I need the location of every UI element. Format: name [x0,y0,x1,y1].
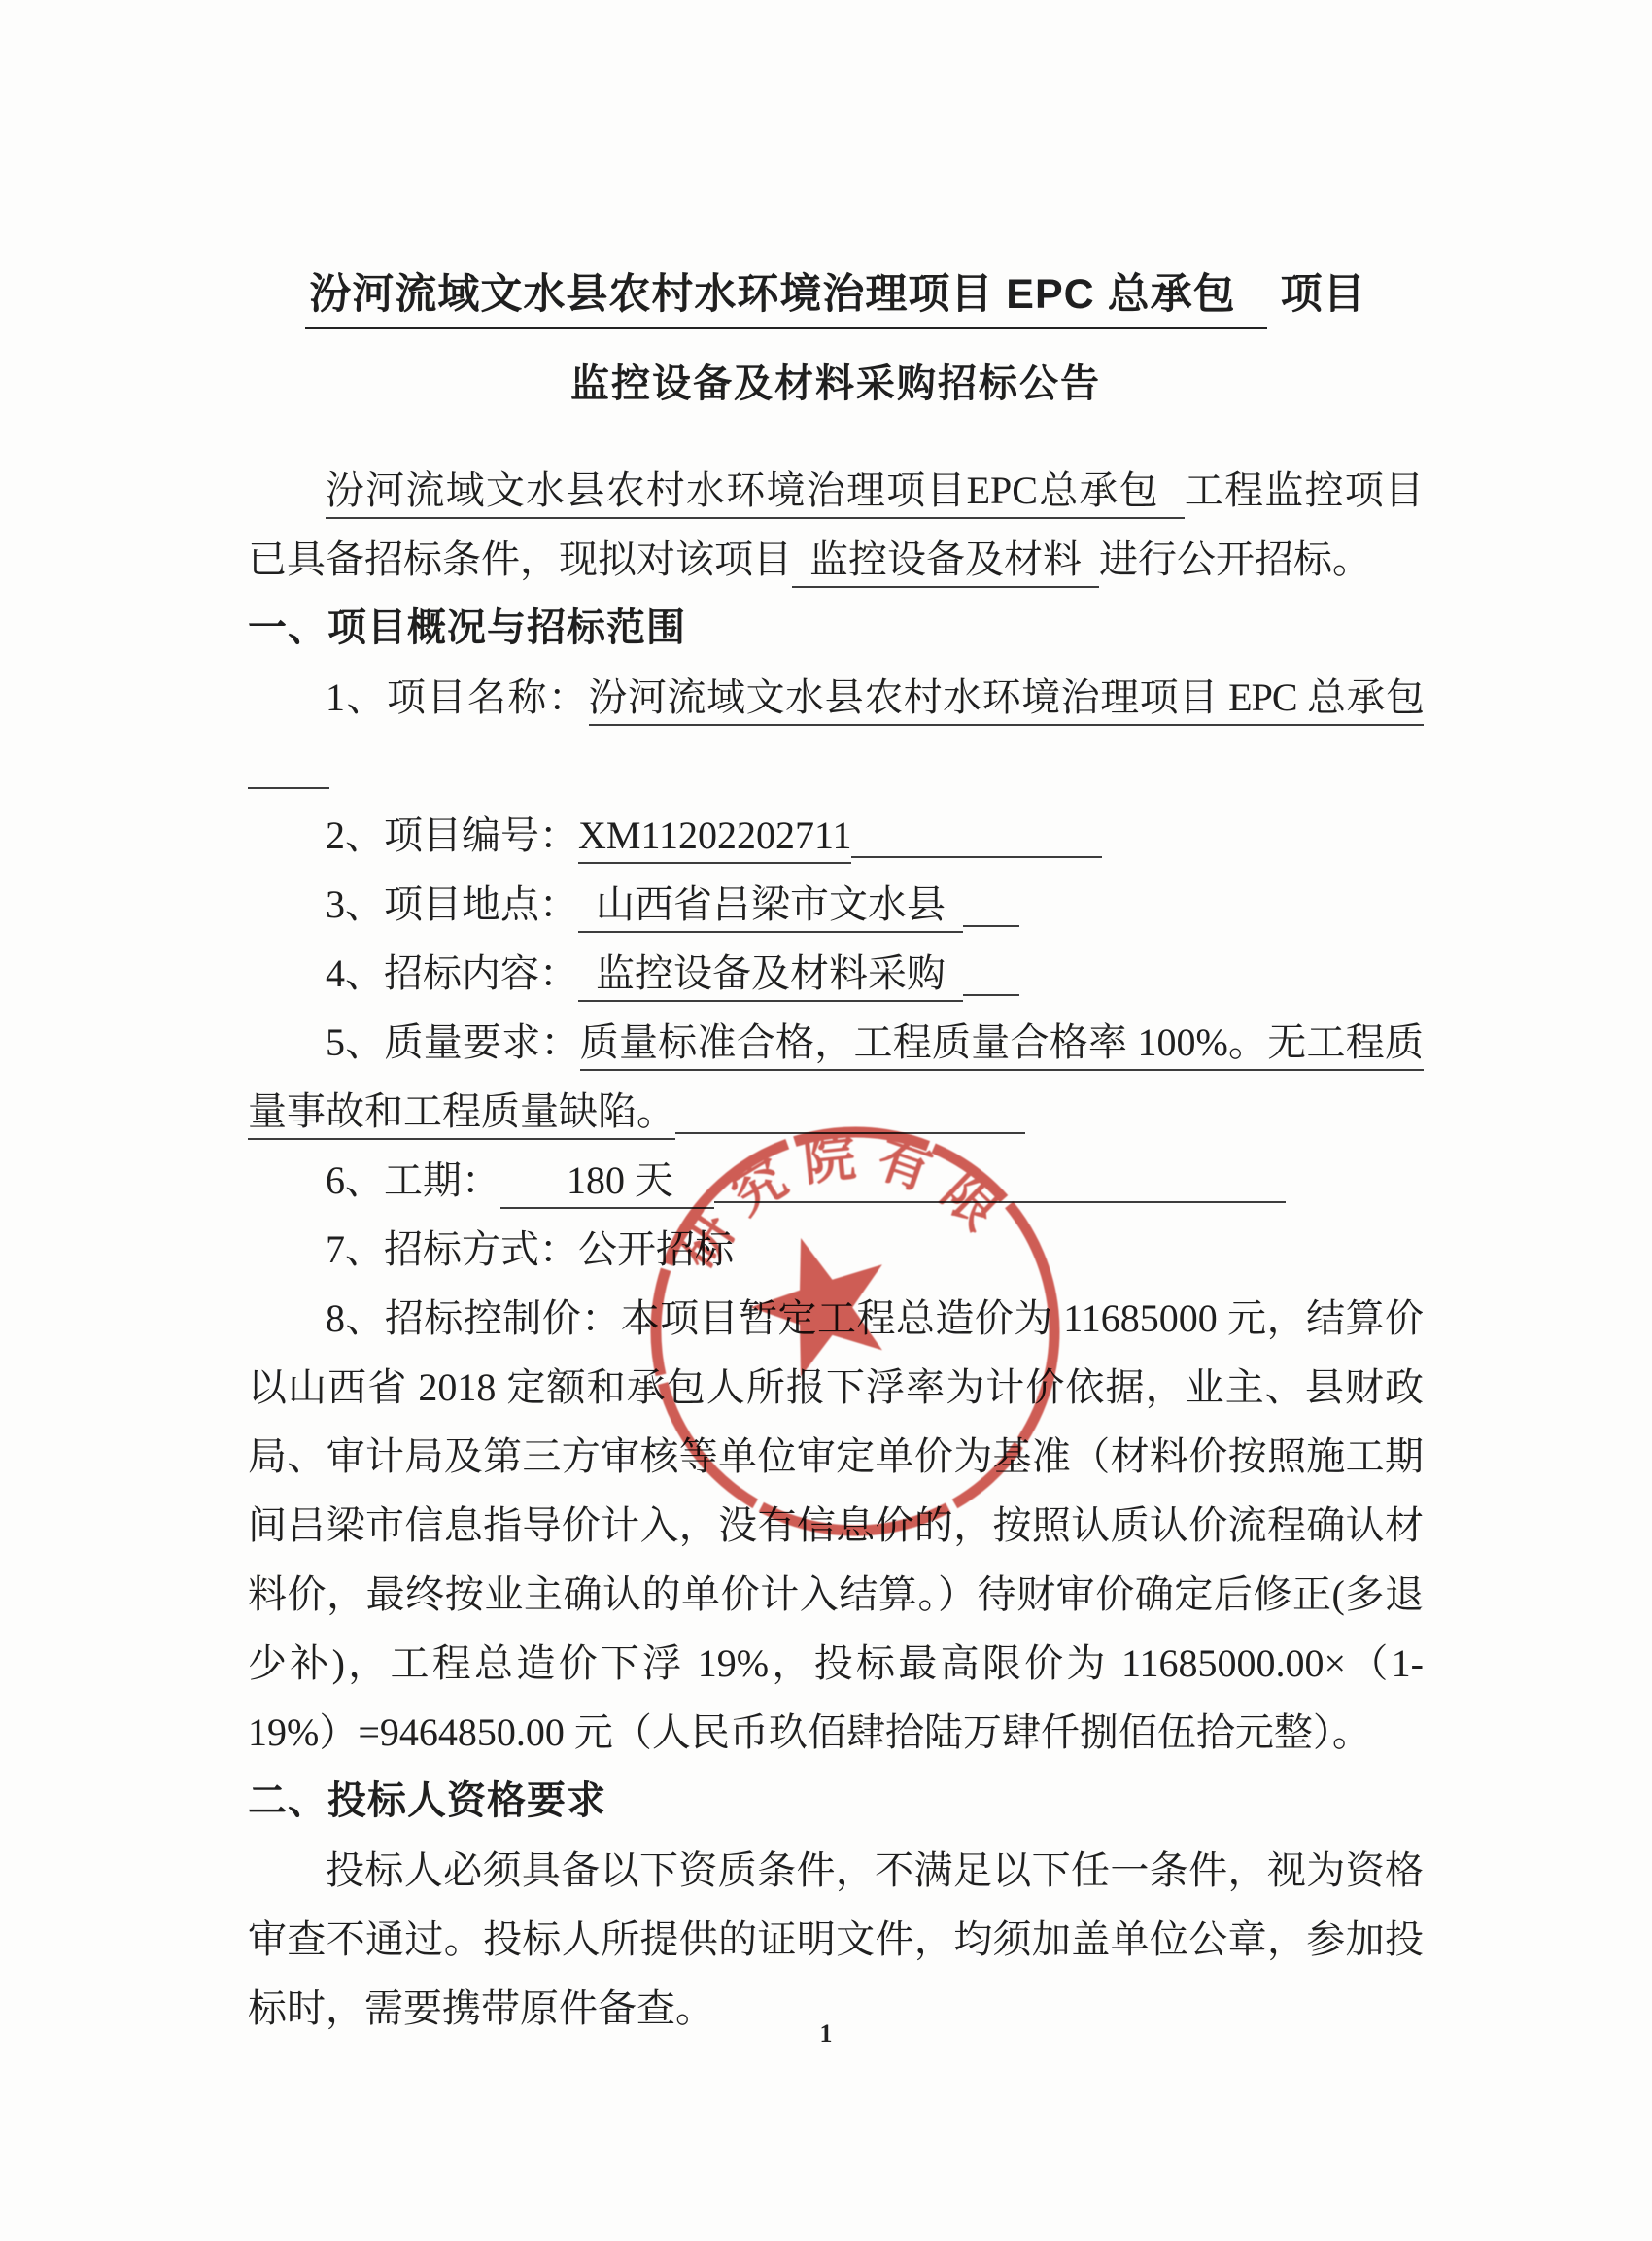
item-label: 8、招标控制价： [326,1296,621,1340]
intro-paragraph: 汾河流域文水县农村水环境治理项目EPC总承包工程监控项目已具备招标条件，现拟对该… [248,456,1424,594]
seal-arc-label: 研究院有限 [658,1112,1024,1284]
item-project-name: 1、项目名称：汾河流域文水县农村水环境治理项目 EPC 总承包 [248,663,1424,801]
section2-paragraph: 投标人必须具备以下资质条件，不满足以下任一条件，视为资格审查不通过。投标人所提供… [248,1836,1424,2043]
title-underlined-part: 汾河流域文水县农村水环境治理项目 EPC 总承包 [305,271,1266,329]
ruled-line [851,856,1102,859]
page-number: 1 [0,2019,1652,2049]
item-label: 7、招标方式： [326,1227,578,1271]
company-seal: 研究院有限 [602,1079,1108,1584]
item-project-location: 3、项目地点：山西省吕梁市文水县 [248,870,1424,939]
document-title-line2: 监控设备及材料采购招标公告 [248,364,1424,403]
item-label: 6、工期： [326,1158,500,1202]
item-value: 汾河流域文水县农村水环境治理项目 EPC 总承包 [589,675,1424,726]
section2-heading: 二、投标人资格要求 [248,1767,1424,1836]
document-title-line1: 汾河流域文水县农村水环境治理项目 EPC 总承包项目 [248,274,1424,316]
item-label: 4、招标内容： [326,951,578,995]
item-label: 2、项目编号： [326,813,578,857]
item-value: 监控设备及材料采购 [578,951,963,1002]
item-value: 山西省吕梁市文水县 [578,882,963,933]
intro-underlined-subject: 监控设备及材料 [792,537,1099,588]
star-icon [735,1217,908,1385]
item-label: 5、质量要求： [326,1020,580,1064]
item-tender-content: 4、招标内容：监控设备及材料采购 [248,939,1424,1008]
item-label: 3、项目地点： [326,882,578,926]
item-project-number: 2、项目编号：XM11202202711 [248,801,1424,870]
item-value: XM11202202711 [578,813,851,864]
ruled-line [248,787,329,790]
intro-text-end: 进行公开招标。 [1099,537,1371,581]
ruled-line [963,994,1019,997]
intro-underlined-project: 汾河流域文水县农村水环境治理项目EPC总承包 [326,468,1185,519]
title-tail: 项目 [1281,271,1366,318]
document-page: 汾河流域文水县农村水环境治理项目 EPC 总承包项目 监控设备及材料采购招标公告… [0,0,1652,2241]
section1-heading: 一、项目概况与招标范围 [248,594,1424,663]
item-label: 1、项目名称： [326,675,589,719]
ruled-line [963,925,1019,928]
